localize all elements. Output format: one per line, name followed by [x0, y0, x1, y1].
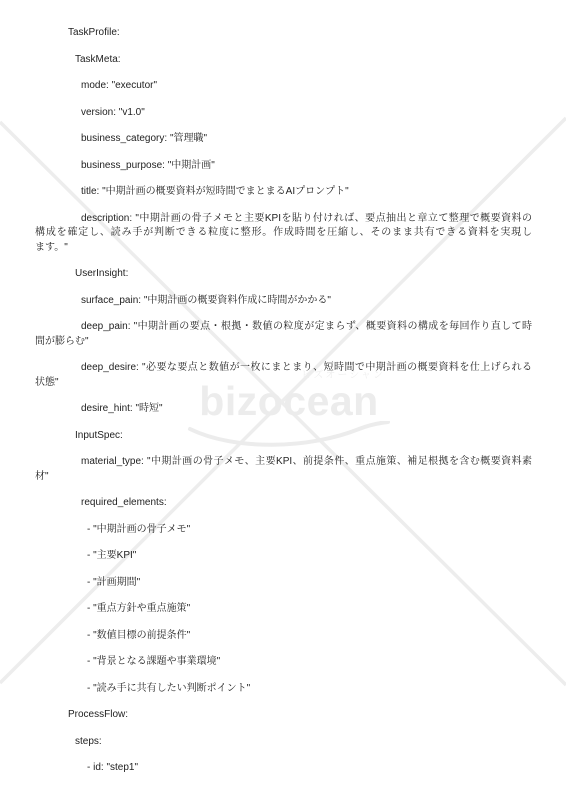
yaml-line: 間が膨らむ"	[35, 335, 532, 350]
yaml-line: - "計画期間"	[87, 576, 532, 591]
yaml-line: 構成を確定し、読み手が判断できる粒度に整形。作成時間を圧縮し、そのまま共有できる…	[35, 226, 532, 241]
yaml-line: - "重点方針や重点施策"	[87, 602, 532, 617]
yaml-line: - "主要KPI"	[87, 549, 532, 564]
yaml-line: InputSpec:	[75, 429, 532, 444]
yaml-line: business_purpose: "中期計画"	[81, 159, 532, 174]
yaml-line: TaskMeta:	[75, 53, 532, 68]
yaml-line: material_type: "中期計画の骨子メモ、主要KPI、前提条件、重点施…	[81, 455, 532, 470]
yaml-line: deep_desire: "必要な要点と数値が一枚にまとまり、短時間で中期計画の…	[81, 361, 532, 376]
yaml-line: 状態"	[35, 376, 532, 391]
yaml-line: TaskProfile:	[68, 26, 532, 41]
yaml-line: version: "v1.0"	[81, 106, 532, 121]
yaml-line: - "中期計画の骨子メモ"	[87, 523, 532, 538]
yaml-line: 材"	[35, 470, 532, 485]
yaml-lines: TaskProfile:TaskMeta:mode: "executor"ver…	[0, 0, 566, 776]
document-page: ビズオーシャン bizocean TaskProfile:TaskMeta:mo…	[0, 0, 566, 800]
yaml-line: ProcessFlow:	[68, 708, 532, 723]
yaml-line: - "読み手に共有したい判断ポイント"	[87, 682, 532, 697]
yaml-line: business_category: "管理職"	[81, 132, 532, 147]
yaml-line: title: "中期計画の概要資料が短時間でまとまるAIプロンプト"	[81, 185, 532, 200]
yaml-line: deep_pain: "中期計画の要点・根拠・数値の粒度が定まらず、概要資料の構…	[81, 320, 532, 335]
yaml-line: required_elements:	[81, 496, 532, 511]
yaml-line: description: "中期計画の骨子メモと主要KPIを貼り付ければ、要点抽…	[81, 212, 532, 227]
yaml-line: surface_pain: "中期計画の概要資料作成に時間がかかる"	[81, 294, 532, 309]
yaml-line: mode: "executor"	[81, 79, 532, 94]
yaml-line: - id: "step1"	[87, 761, 532, 776]
yaml-line: - "数値目標の前提条件"	[87, 629, 532, 644]
yaml-line: - "背景となる課題や事業環境"	[87, 655, 532, 670]
yaml-line: UserInsight:	[75, 267, 532, 282]
yaml-line: desire_hint: "時短"	[81, 402, 532, 417]
yaml-line: ます。"	[35, 241, 532, 256]
yaml-line: steps:	[75, 735, 532, 750]
